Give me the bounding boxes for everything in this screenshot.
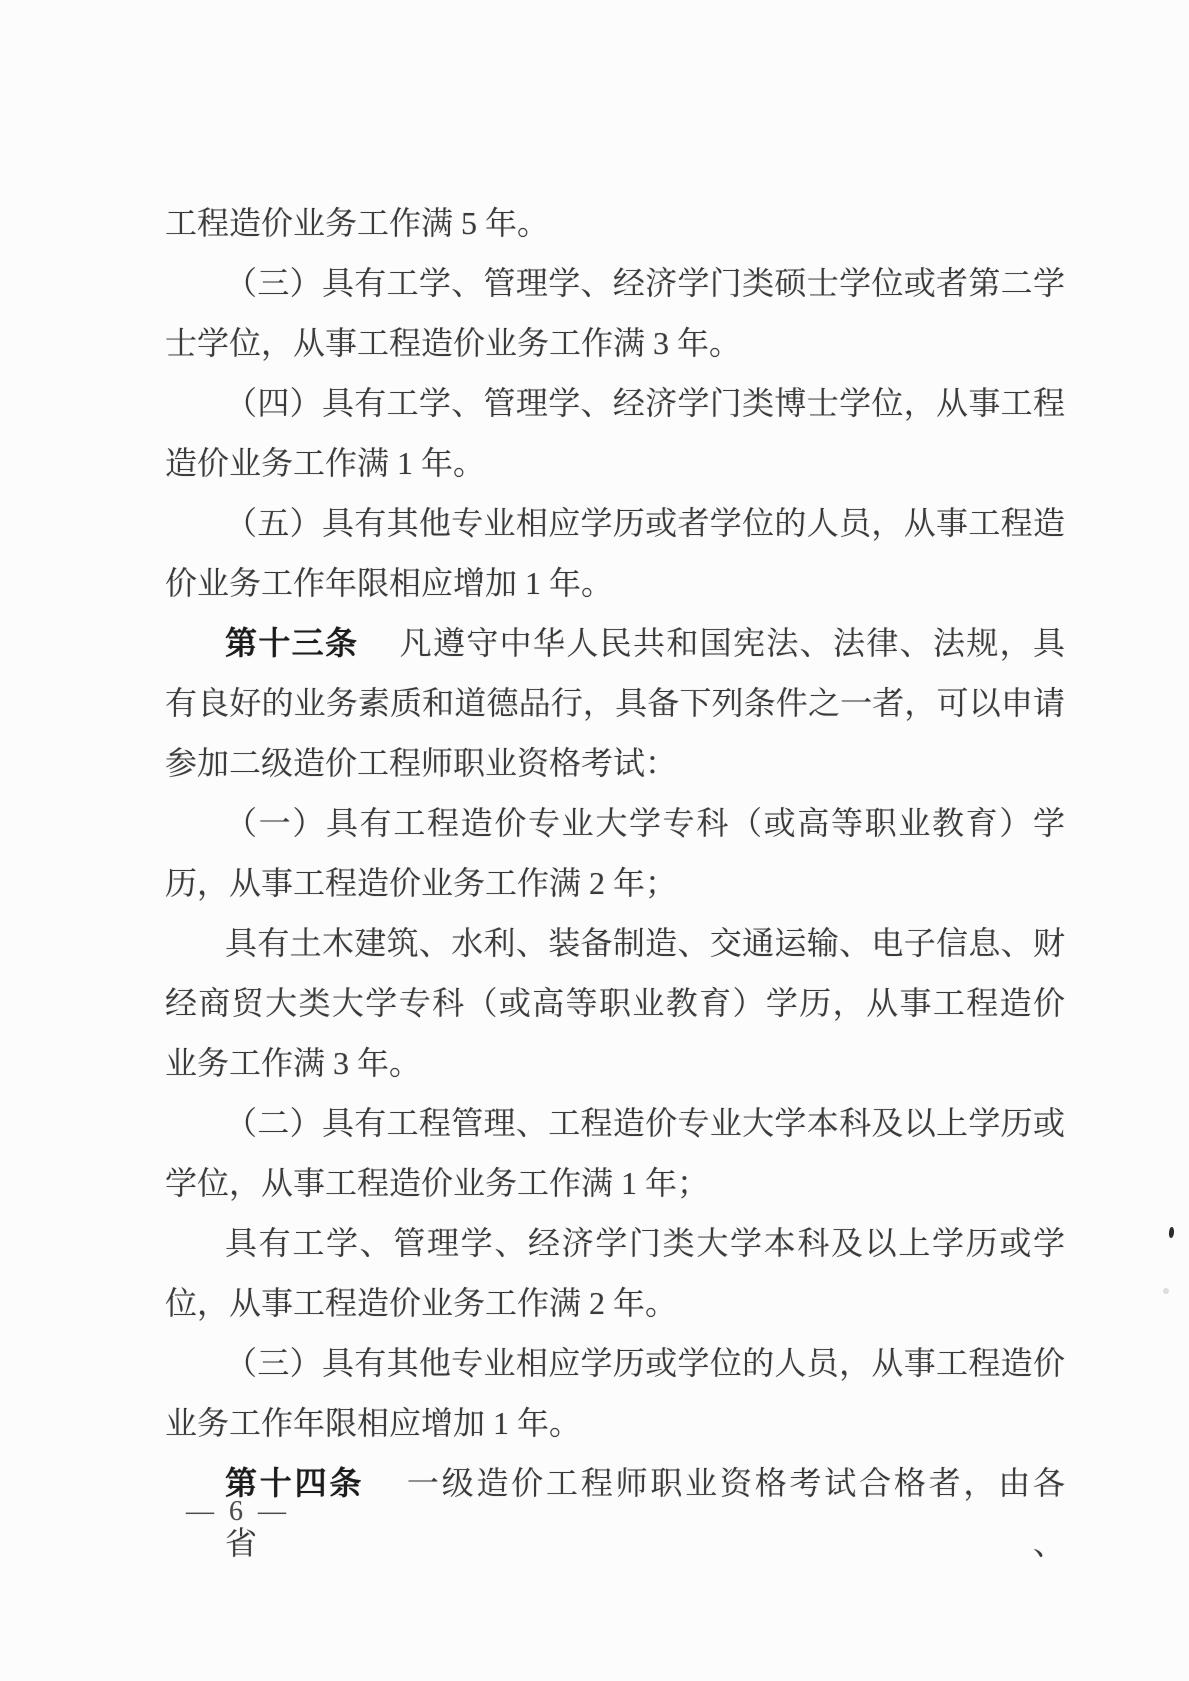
- line-text: （一）具有工程造价专业大学专科（或高等职业教育）学: [225, 805, 1065, 841]
- text-line: （一）具有工程造价专业大学专科（或高等职业教育）学: [165, 793, 1065, 853]
- text-line: 具有工学、管理学、经济学门类大学本科及以上学历或学: [165, 1213, 1065, 1273]
- line-text: 士学位，从事工程造价业务工作满 3 年。: [165, 325, 741, 361]
- document-body: 工程造价业务工作满 5 年。（三）具有工学、管理学、经济学门类硕士学位或者第二学…: [165, 193, 1065, 1513]
- text-line: 业务工作满 3 年。: [165, 1033, 1065, 1093]
- text-line: 位，从事工程造价业务工作满 2 年。: [165, 1273, 1065, 1333]
- line-text: 具有工学、管理学、经济学门类大学本科及以上学历或学: [225, 1225, 1065, 1261]
- text-line: 具有土木建筑、水利、装备制造、交通运输、电子信息、财: [165, 913, 1065, 973]
- text-line: （二）具有工程管理、工程造价专业大学本科及以上学历或: [165, 1093, 1065, 1153]
- line-text: 价业务工作年限相应增加 1 年。: [165, 565, 613, 601]
- scan-artifact-dot: [1168, 1227, 1174, 1238]
- line-text: （四）具有工学、管理学、经济学门类博士学位，从事工程: [225, 385, 1065, 421]
- text-line: 经商贸大类大学专科（或高等职业教育）学历，从事工程造价: [165, 973, 1065, 1033]
- line-text: 历，从事工程造价业务工作满 2 年；: [165, 865, 677, 901]
- text-line: （三）具有其他专业相应学历或学位的人员，从事工程造价: [165, 1333, 1065, 1393]
- line-text: 经商贸大类大学专科（或高等职业教育）学历，从事工程造价: [165, 985, 1065, 1021]
- text-line: （三）具有工学、管理学、经济学门类硕士学位或者第二学: [165, 253, 1065, 313]
- text-line: 参加二级造价工程师职业资格考试：: [165, 733, 1065, 793]
- line-text: 具有土木建筑、水利、装备制造、交通运输、电子信息、财: [225, 925, 1065, 961]
- text-line: 学位，从事工程造价业务工作满 1 年；: [165, 1153, 1065, 1213]
- page-number: — 6 —: [186, 1482, 290, 1542]
- text-line: 历，从事工程造价业务工作满 2 年；: [165, 853, 1065, 913]
- article-gap: [358, 653, 398, 654]
- line-text: 有良好的业务素质和道德品行，具备下列条件之一者，可以申请: [165, 685, 1065, 721]
- document-page: 工程造价业务工作满 5 年。（三）具有工学、管理学、经济学门类硕士学位或者第二学…: [0, 0, 1189, 1681]
- text-line: 第十四条一级造价工程师职业资格考试合格者，由各省、: [165, 1453, 1065, 1513]
- text-line: 业务工作年限相应增加 1 年。: [165, 1393, 1065, 1453]
- line-text: 业务工作满 3 年。: [165, 1045, 421, 1081]
- line-text: （三）具有工学、管理学、经济学门类硕士学位或者第二学: [225, 265, 1065, 301]
- text-line: （五）具有其他专业相应学历或者学位的人员，从事工程造: [165, 493, 1065, 553]
- scan-artifact-smudge: [1163, 1288, 1169, 1294]
- line-text: 位，从事工程造价业务工作满 2 年。: [165, 1285, 677, 1321]
- line-text: 工程造价业务工作满 5 年。: [165, 205, 549, 241]
- article-gap: [364, 1493, 404, 1494]
- line-text: 参加二级造价工程师职业资格考试：: [165, 745, 677, 781]
- text-line: 士学位，从事工程造价业务工作满 3 年。: [165, 313, 1065, 373]
- line-text: （五）具有其他专业相应学历或者学位的人员，从事工程造: [225, 505, 1065, 541]
- line-text: 凡遵守中华人民共和国宪法、法律、法规，具: [398, 625, 1065, 661]
- text-line: 价业务工作年限相应增加 1 年。: [165, 553, 1065, 613]
- line-text: （三）具有其他专业相应学历或学位的人员，从事工程造价: [225, 1345, 1065, 1381]
- article-number: 第十三条: [225, 625, 358, 661]
- line-text: 造价业务工作满 1 年。: [165, 445, 485, 481]
- text-line: （四）具有工学、管理学、经济学门类博士学位，从事工程: [165, 373, 1065, 433]
- text-line: 有良好的业务素质和道德品行，具备下列条件之一者，可以申请: [165, 673, 1065, 733]
- text-line: 工程造价业务工作满 5 年。: [165, 193, 1065, 253]
- line-text: （二）具有工程管理、工程造价专业大学本科及以上学历或: [225, 1105, 1065, 1141]
- line-text: 业务工作年限相应增加 1 年。: [165, 1405, 581, 1441]
- line-text: 学位，从事工程造价业务工作满 1 年；: [165, 1165, 709, 1201]
- text-line: 第十三条凡遵守中华人民共和国宪法、法律、法规，具: [165, 613, 1065, 673]
- text-line: 造价业务工作满 1 年。: [165, 433, 1065, 493]
